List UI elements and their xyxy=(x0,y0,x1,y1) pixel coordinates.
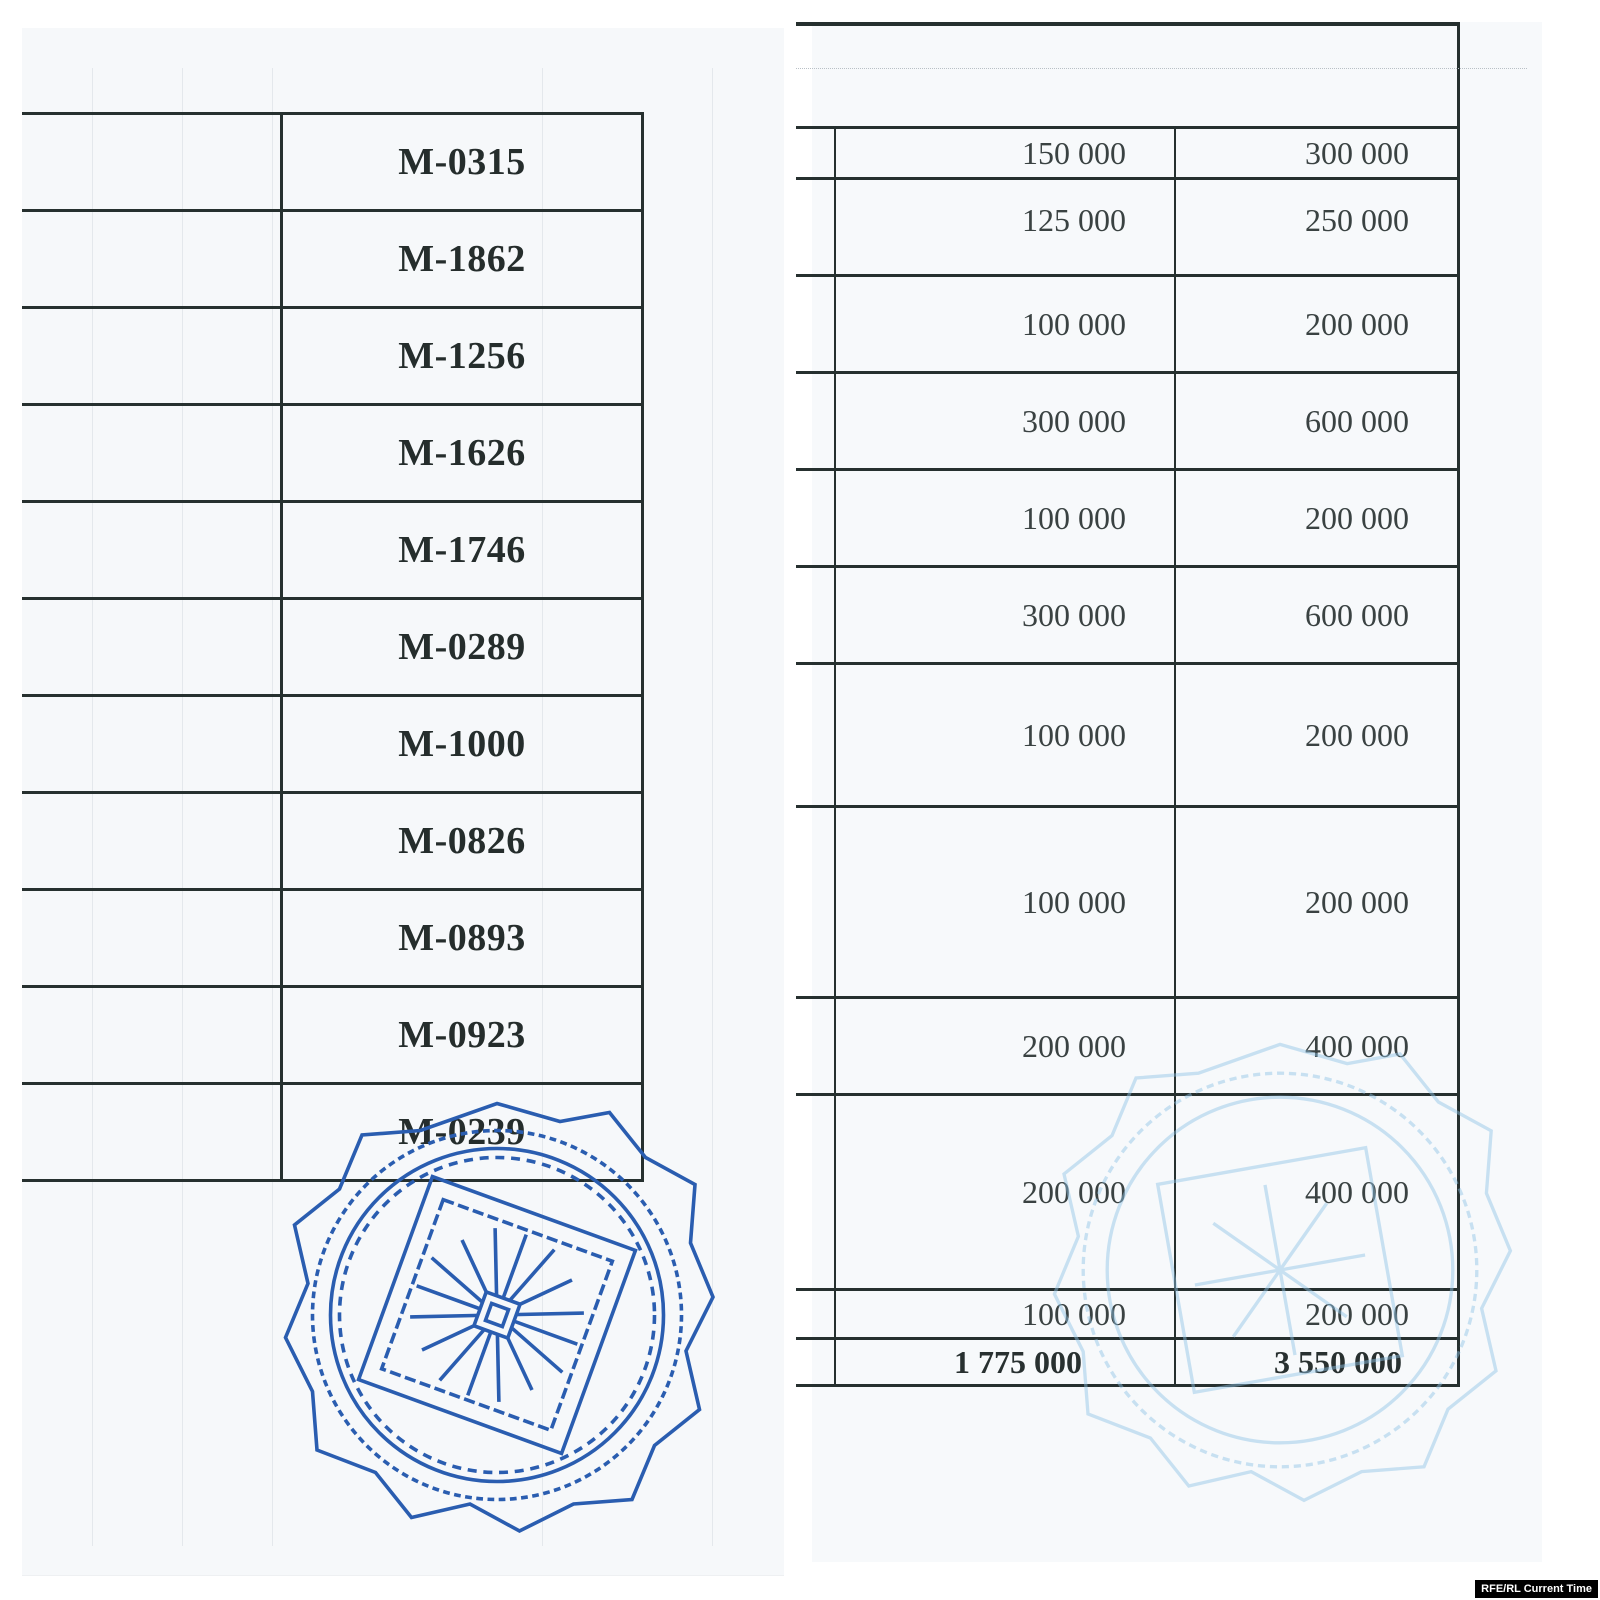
amount-cell: 150 000 xyxy=(834,129,1176,177)
faint-column-line xyxy=(712,68,713,1546)
table-row: 100 000200 000 xyxy=(796,662,1460,805)
code-cell: M-1256 xyxy=(280,309,644,403)
amounts-table: 150 000300 000 125 000250 000 100 000200… xyxy=(796,22,1460,1387)
amount-cell: 200 000 xyxy=(1176,471,1460,565)
table-row: 100 000200 000 xyxy=(796,805,1460,996)
amount-cell: 300 000 xyxy=(834,568,1176,662)
total-amount-cell: 1 775 000 xyxy=(834,1340,1176,1384)
code-cell: M-1626 xyxy=(280,406,644,500)
code-cell: M-0826 xyxy=(280,794,644,888)
table-row: M-1256 xyxy=(22,306,644,403)
amount-cell: 200 000 xyxy=(1176,1291,1460,1337)
amount-cell: 100 000 xyxy=(834,471,1176,565)
amount-cell: 200 000 xyxy=(834,1096,1176,1288)
amount-cell: 200 000 xyxy=(1176,665,1460,805)
table-row: M-1746 xyxy=(22,500,644,597)
table-row: 300 000600 000 xyxy=(796,371,1460,468)
code-cell: M-0239 xyxy=(280,1085,644,1179)
table-row: M-0289 xyxy=(22,597,644,694)
total-amount-cell: 3 550 000 xyxy=(1176,1340,1460,1384)
table-row: 100 000200 000 xyxy=(796,274,1460,371)
amount-cell: 125 000 xyxy=(834,180,1176,274)
amount-cell: 200 000 xyxy=(1176,808,1460,996)
table-row: M-0923 xyxy=(22,985,644,1082)
table-row: M-0826 xyxy=(22,791,644,888)
table-row: 100 000200 000 xyxy=(796,468,1460,565)
right-document-page: 150 000300 000 125 000250 000 100 000200… xyxy=(812,22,1542,1562)
code-cell: M-0289 xyxy=(280,600,644,694)
source-watermark: RFE/RL Current Time xyxy=(1475,1580,1598,1598)
amount-cell: 600 000 xyxy=(1176,374,1460,468)
table-row: M-1862 xyxy=(22,209,644,306)
table-row: 200 000400 000 xyxy=(796,996,1460,1093)
amount-cell: 100 000 xyxy=(834,808,1176,996)
code-cell: M-1000 xyxy=(280,697,644,791)
code-table: M-0315 M-1862 M-1256 M-1626 M-1746 M-028… xyxy=(22,112,644,1182)
amount-cell: 400 000 xyxy=(1176,999,1460,1093)
table-row: 300 000600 000 xyxy=(796,565,1460,662)
table-row: M-0239 xyxy=(22,1082,644,1182)
table-row: M-0893 xyxy=(22,888,644,985)
amount-cell: 200 000 xyxy=(834,999,1176,1093)
code-cell: M-1746 xyxy=(280,503,644,597)
table-row: 150 000300 000 xyxy=(796,126,1460,177)
table-row: 125 000250 000 xyxy=(796,177,1460,274)
table-header xyxy=(796,22,1460,126)
table-row: M-1000 xyxy=(22,694,644,791)
code-cell: M-0893 xyxy=(280,891,644,985)
code-cell: M-0923 xyxy=(280,988,644,1082)
amount-cell: 300 000 xyxy=(834,374,1176,468)
amount-cell: 200 000 xyxy=(1176,277,1460,371)
table-row: M-1626 xyxy=(22,403,644,500)
page-edge xyxy=(22,1575,784,1576)
amount-cell: 250 000 xyxy=(1176,180,1460,274)
left-document-page: M-0315 M-1862 M-1256 M-1626 M-1746 M-028… xyxy=(22,28,784,1576)
table-row: 200 000400 000 xyxy=(796,1093,1460,1288)
amount-cell: 300 000 xyxy=(1176,129,1460,177)
amount-cell: 100 000 xyxy=(834,277,1176,371)
amount-cell: 100 000 xyxy=(834,665,1176,805)
code-cell: M-1862 xyxy=(280,212,644,306)
amount-cell: 600 000 xyxy=(1176,568,1460,662)
total-row: 1 775 0003 550 000 xyxy=(796,1337,1460,1387)
amount-cell: 100 000 xyxy=(834,1291,1176,1337)
amount-cell: 400 000 xyxy=(1176,1096,1460,1288)
table-row: 100 000200 000 xyxy=(796,1288,1460,1337)
table-row: M-0315 xyxy=(22,112,644,209)
code-cell: M-0315 xyxy=(280,115,644,209)
